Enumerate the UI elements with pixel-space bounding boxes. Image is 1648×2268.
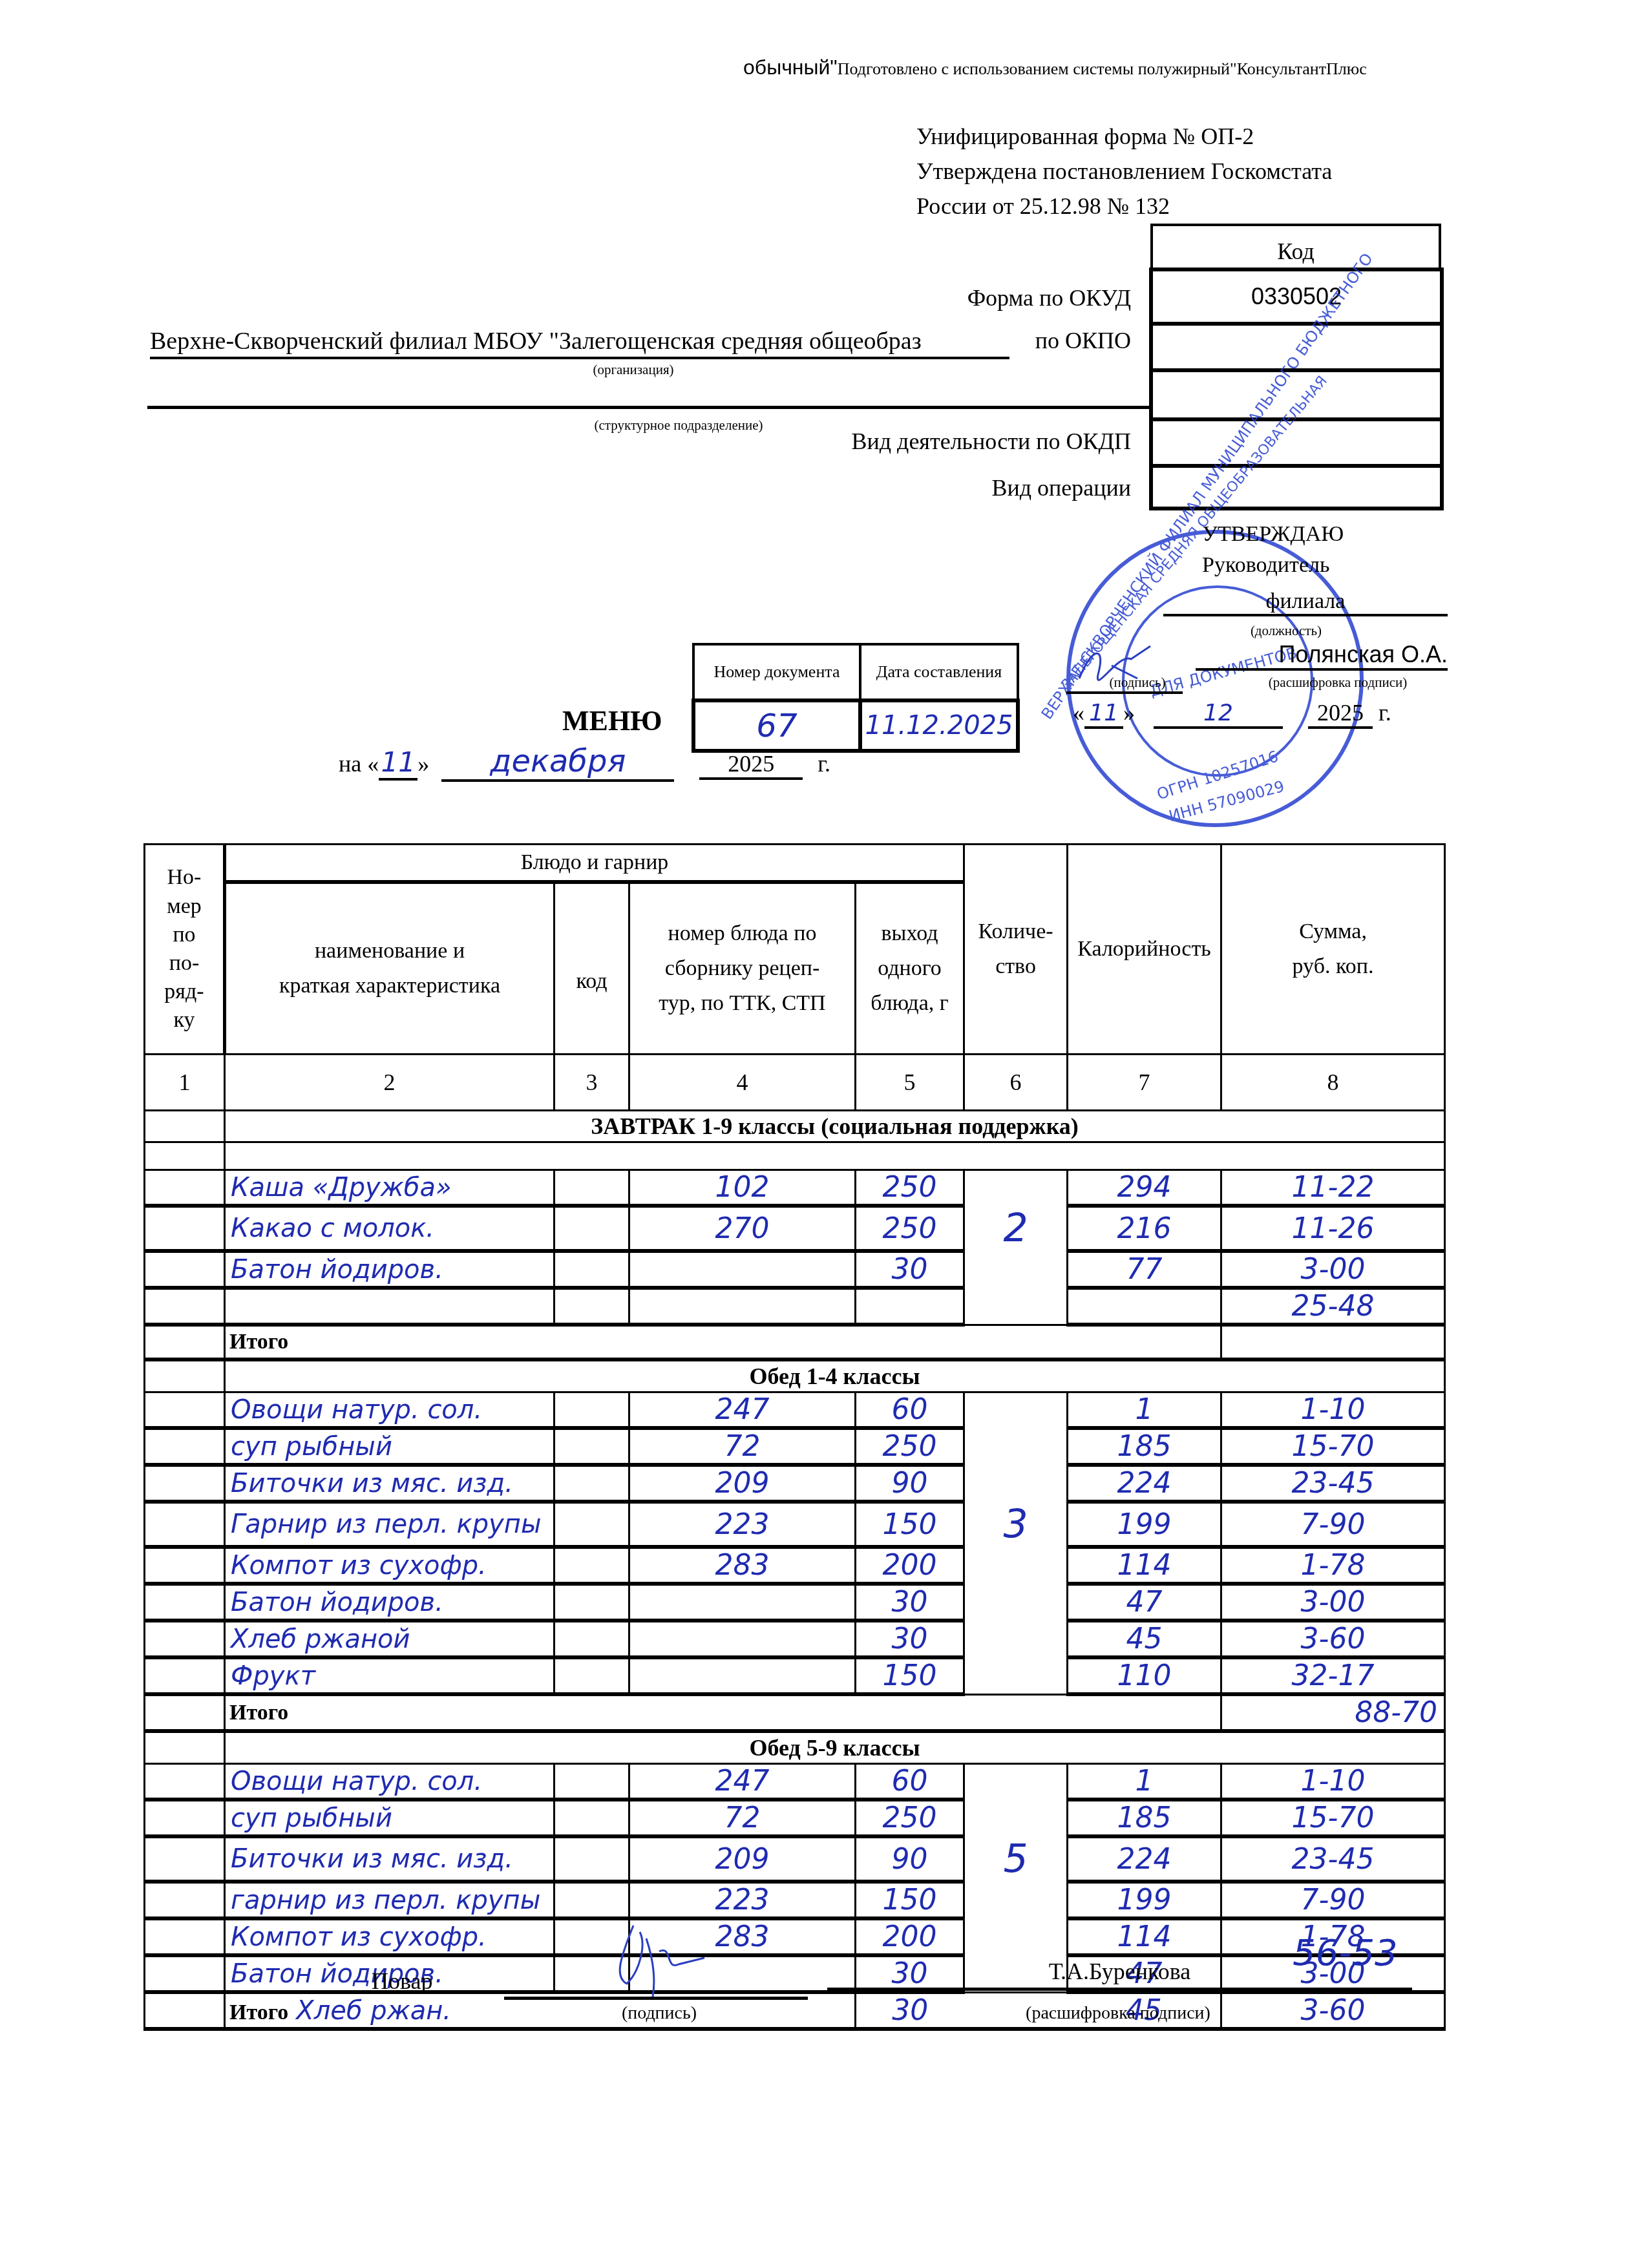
col-header-code: код [555,882,629,1054]
column-number: 2 [225,1055,555,1111]
position-caption: (должность) [1221,623,1351,639]
menu-item-row: Каша «Дружба»10225029411-22 [145,1170,1445,1206]
portion-yield[interactable]: 150 [856,1882,964,1918]
section-header-row: Обед 5-9 классы [145,1731,1445,1764]
dish-name[interactable]: Каша «Дружба» [225,1170,555,1206]
menu-item-row: Какао с молок.270250221611-26 [145,1206,1445,1251]
menu-item-row: гарнир из перл. крупы2231501997-90 [145,1882,1445,1918]
recipe-number[interactable] [629,1584,856,1621]
quote-close: » [1123,700,1135,726]
portion-yield[interactable] [856,1288,964,1325]
sum[interactable]: 15-70 [1221,1800,1445,1836]
approver-name[interactable]: Полянская О.А. [1196,641,1448,671]
form-title-line-3: России от 25.12.98 № 132 [916,193,1170,220]
menu-item-row: Хлеб ржаной30453-60 [145,1621,1445,1657]
column-number: 1 [145,1055,225,1111]
menu-day[interactable]: 11 [379,746,417,781]
dish-code[interactable] [555,1206,629,1251]
recipe-number[interactable]: 72 [629,1428,856,1465]
calories[interactable]: 224 [1068,1465,1221,1502]
section-total[interactable]: 88-70 [1221,1694,1445,1731]
dish-code[interactable] [555,1836,629,1882]
quantity[interactable] [964,1621,1068,1657]
menu-item-row: Фрукт15011032-17 [145,1657,1445,1694]
signature-caption: (подпись) [1092,675,1183,691]
row-number-cell[interactable] [145,1251,225,1288]
menu-item-row: Батон йодиров.30473-00 [145,1584,1445,1621]
sum[interactable]: 1-78 [1221,1547,1445,1584]
calories[interactable]: 45 [1068,1621,1221,1657]
operation-label: Вид операции [991,474,1131,501]
portion-yield[interactable]: 60 [856,1392,964,1429]
col-header-sum: Сумма, руб. коп. [1221,845,1445,1055]
quantity[interactable] [964,1584,1068,1621]
okud-label: Форма по ОКУД [967,284,1131,311]
recipe-number[interactable]: 209 [629,1836,856,1882]
menu-year-suffix: г. [818,751,830,777]
row-number-cell[interactable] [145,1882,225,1918]
dish-name[interactable]: Какао с молок. [225,1206,555,1251]
recipe-number[interactable]: 270 [629,1206,856,1251]
quantity[interactable]: 5 [964,1836,1068,1882]
recipe-number[interactable] [629,1251,856,1288]
quantity[interactable] [964,1764,1068,1800]
dish-name[interactable]: Овощи натур. сол. [225,1392,555,1429]
portion-yield[interactable]: 250 [856,1170,964,1206]
recipe-number[interactable]: 247 [629,1764,856,1800]
dish-name[interactable]: гарнир из перл. крупы [225,1882,555,1918]
row-number-cell[interactable] [145,1800,225,1836]
quantity[interactable] [964,1251,1068,1288]
dish-code[interactable] [555,1288,629,1325]
organization-name[interactable]: Верхне-Скворченский филиал МБОУ "Залегощ… [150,327,1009,359]
calories[interactable]: 47 [1068,1584,1221,1621]
recipe-number[interactable]: 72 [629,1800,856,1836]
calories[interactable]: 114 [1068,1547,1221,1584]
menu-date-prefix: на « [339,751,379,777]
dish-code[interactable] [555,1800,629,1836]
okdp-code[interactable] [1153,421,1440,468]
dish-code[interactable] [555,1251,629,1288]
portion-yield[interactable]: 30 [856,1584,964,1621]
menu-table: Но- мер по по- ряд- ку Блюдо и гарнир Ко… [143,843,1446,2031]
portion-yield[interactable]: 60 [856,1764,964,1800]
sum[interactable]: 11-22 [1221,1170,1445,1206]
row-number-cell[interactable] [145,1502,225,1547]
quantity[interactable] [964,1465,1068,1502]
row-number-cell [145,1992,225,2029]
column-number: 3 [555,1055,629,1111]
dish-code[interactable] [555,1502,629,1547]
approve-day[interactable]: 11 [1084,700,1123,729]
form-title-line-2: Утверждена постановлением Госкомстата [916,158,1332,185]
empty-cell [225,1142,1445,1170]
total-row: Итого88-70 [145,1694,1445,1731]
empty-row [145,1142,1445,1170]
note-text: Подготовлено с использованием системы по… [838,59,1367,78]
calories[interactable]: 294 [1068,1170,1221,1206]
total-label: Итого [229,2000,288,2024]
row-number-cell[interactable] [145,1584,225,1621]
row-number-cell[interactable] [145,1621,225,1657]
row-number-cell[interactable] [145,1428,225,1465]
dish-code[interactable] [555,1584,629,1621]
code-column-title: Код [1150,224,1441,269]
dish-code[interactable] [555,1465,629,1502]
dish-name[interactable]: Овощи натур. сол. [225,1764,555,1800]
row-number-cell[interactable] [145,1547,225,1584]
calories[interactable]: 216 [1068,1206,1221,1251]
doc-date-label: Дата составления [860,644,1018,700]
quantity[interactable] [964,1800,1068,1836]
sum[interactable]: 23-45 [1221,1465,1445,1502]
recipe-number[interactable]: 223 [629,1502,856,1547]
section-total[interactable] [1221,1325,1445,1360]
sum[interactable]: 3-00 [1221,1251,1445,1288]
col-header-group: Блюдо и гарнир [225,845,964,883]
calories[interactable]: 199 [1068,1882,1221,1918]
portion-yield[interactable]: 150 [856,1502,964,1547]
recipe-number[interactable]: 283 [629,1547,856,1584]
row-number-cell[interactable] [145,1836,225,1882]
quantity[interactable] [964,1918,1068,1955]
recipe-number[interactable]: 223 [629,1882,856,1918]
portion-yield[interactable]: 250 [856,1428,964,1465]
column-number: 8 [1221,1055,1445,1111]
dish-code[interactable] [555,1170,629,1206]
dish-name[interactable]: Биточки из мяс. изд. [225,1836,555,1882]
dish-code[interactable] [555,1882,629,1918]
note-prefix: обычный" [743,56,838,79]
calories[interactable]: 1 [1068,1392,1221,1429]
okpo-label: по ОКПО [1035,327,1131,354]
okud-code: 0330502 [1153,271,1440,326]
sum[interactable]: 23-45 [1221,1836,1445,1882]
quantity[interactable] [964,1428,1068,1465]
portion-yield[interactable]: 30 [856,1992,964,2029]
section-title: ЗАВТРАК 1-9 классы (социальная поддержка… [225,1111,1445,1142]
row-number-cell[interactable] [145,1288,225,1325]
sum[interactable]: 3-00 [1221,1584,1445,1621]
section-header-row: Обед 1-4 классы [145,1360,1445,1392]
dish-code[interactable] [555,1428,629,1465]
total-row: Итого [145,1325,1445,1360]
portion-yield[interactable]: 200 [856,1547,964,1584]
portion-yield[interactable]: 150 [856,1657,964,1694]
row-number-cell[interactable] [145,1955,225,1992]
dish-name[interactable]: Компот из сухофр. [225,1547,555,1584]
dish-name[interactable]: Биточки из мяс. изд. [225,1465,555,1502]
col-header-yield: выход одного блюда, г [856,882,964,1054]
section-title: Обед 5-9 классы [225,1731,1445,1764]
sum[interactable]: 1-10 [1221,1764,1445,1800]
total-label: Итого [225,1694,1221,1731]
menu-item-row: Овощи натур. сол.2476011-10 [145,1764,1445,1800]
column-number: 7 [1068,1055,1221,1111]
calories[interactable]: 114 [1068,1918,1221,1955]
doc-number-label: Номер документа [693,644,860,700]
dish-code[interactable] [555,1547,629,1584]
recipe-number[interactable]: 247 [629,1392,856,1429]
quantity[interactable] [964,1882,1068,1918]
portion-yield[interactable]: 30 [856,1621,964,1657]
consultant-note: обычный"Подготовлено с использованием си… [743,56,1367,79]
dish-code[interactable] [555,1657,629,1694]
portion-yield[interactable]: 90 [856,1465,964,1502]
sum[interactable]: 7-90 [1221,1502,1445,1547]
division-caption: (структурное подразделение) [556,417,801,434]
quantity[interactable] [964,1288,1068,1325]
menu-date-mid: » [417,751,429,777]
menu-item-row: 25-48 [145,1288,1445,1325]
dish-name[interactable]: Батон йодиров. [225,1251,555,1288]
menu-item-row: Компот из сухофр.2832001141-78 [145,1547,1445,1584]
calories[interactable]: 1 [1068,1764,1221,1800]
recipe-number[interactable] [629,1288,856,1325]
dish-name[interactable]: Гарнир из перл. крупы [225,1502,555,1547]
approve-month[interactable]: 12 [1154,700,1283,729]
approve-position-2[interactable]: филиала [1163,589,1448,616]
quantity[interactable] [964,1392,1068,1429]
column-number: 6 [964,1055,1068,1111]
organization-caption: (организация) [504,362,763,378]
row-number-cell[interactable] [145,1764,225,1800]
row-number-cell [145,1694,225,1731]
sum[interactable]: 7-90 [1221,1882,1445,1918]
menu-year[interactable]: 2025 [699,750,803,780]
cook-signature-icon [595,1919,750,2003]
row-number-cell [145,1360,225,1392]
row-number-cell[interactable] [145,1918,225,1955]
calories[interactable] [1068,1288,1221,1325]
quantity[interactable] [964,1170,1068,1206]
quantity[interactable] [964,1547,1068,1584]
dish-name[interactable]: Компот из сухофр. [225,1918,555,1955]
approve-year-suffix: г. [1379,700,1391,726]
menu-item-row: Батон йодиров.30773-00 [145,1251,1445,1288]
portion-yield[interactable]: 30 [856,1251,964,1288]
calories[interactable]: 77 [1068,1251,1221,1288]
row-number-cell [145,1731,225,1764]
menu-title: МЕНЮ [562,704,662,737]
sum[interactable]: 25-48 [1221,1288,1445,1325]
approve-position-1: Руководитель [1202,553,1329,578]
col-header-kcal: Калорийность [1068,845,1221,1055]
row-number-cell [145,1325,225,1360]
dish-name[interactable]: суп рыбный [225,1800,555,1836]
row-number-cell[interactable] [145,1206,225,1251]
cook-label: Повар [372,1968,433,1995]
row-number-cell[interactable] [145,1170,225,1206]
total-label: Итого [225,1325,1221,1360]
menu-item-row: Биточки из мяс. изд.20990522423-45 [145,1836,1445,1882]
menu-item-row: суп рыбный7225018515-70 [145,1428,1445,1465]
row-number-cell [145,1111,225,1142]
calories[interactable]: 185 [1068,1800,1221,1836]
approve-year[interactable]: 2025 [1308,699,1373,729]
row-number-cell [145,1142,225,1170]
menu-month[interactable]: декабря [441,743,674,782]
okdp-label: Вид деятельности по ОКДП [851,428,1131,455]
recipe-number[interactable]: 209 [629,1465,856,1502]
recipe-number[interactable] [629,1657,856,1694]
document-id-box: Номер документа Дата составления 67 11.1… [692,643,1020,753]
dish-name[interactable]: Хлеб ржан. [296,1996,451,2026]
dish-name[interactable]: Фрукт [225,1657,555,1694]
row-number-cell[interactable] [145,1657,225,1694]
row-number-cell[interactable] [145,1392,225,1429]
menu-date-line: на «11» декабря 2025 г. [339,743,830,782]
portion-yield[interactable]: 200 [856,1918,964,1955]
approve-date: «11» 12 2025 г. [1073,699,1391,729]
dish-code[interactable] [555,1764,629,1800]
portion-yield[interactable]: 250 [856,1206,964,1251]
quantity[interactable]: 2 [964,1206,1068,1251]
calories[interactable]: 110 [1068,1657,1221,1694]
lunch-5-9-total[interactable]: 56-53 [1293,1932,1398,1974]
calories[interactable]: 224 [1068,1836,1221,1882]
quantity[interactable] [964,1657,1068,1694]
quantity[interactable]: 3 [964,1502,1068,1547]
dish-code[interactable] [555,1392,629,1429]
name-caption: (расшифровка подписи) [1228,675,1448,691]
menu-item-row: Овощи натур. сол.2476011-10 [145,1392,1445,1429]
section-header-row: ЗАВТРАК 1-9 классы (социальная поддержка… [145,1111,1445,1142]
menu-item-row: суп рыбный7225018515-70 [145,1800,1445,1836]
recipe-number[interactable] [629,1621,856,1657]
dish-name[interactable]: суп рыбный [225,1428,555,1465]
doc-date[interactable]: 11.12.2025 [860,700,1018,751]
sum[interactable]: 3-60 [1221,1621,1445,1657]
sum[interactable]: 15-70 [1221,1428,1445,1465]
column-number: 4 [629,1055,856,1111]
portion-yield[interactable]: 90 [856,1836,964,1882]
column-numbers-row: 12345678 [145,1055,1445,1111]
sum[interactable]: 3-60 [1221,1992,1445,2029]
calories[interactable]: 185 [1068,1428,1221,1465]
cook-signature-caption: (подпись) [601,2003,717,2024]
portion-yield[interactable]: 250 [856,1800,964,1836]
dish-name[interactable]: Батон йодиров. [225,1584,555,1621]
division-field[interactable] [147,406,1149,409]
menu-item-row: Компот из сухофр.2832001141-78 [145,1918,1445,1955]
menu-item-row: Гарнир из перл. крупы22315031997-90 [145,1502,1445,1547]
menu-item-row: Биточки из мяс. изд.2099022423-45 [145,1465,1445,1502]
recipe-number[interactable]: 102 [629,1170,856,1206]
row-number-cell[interactable] [145,1465,225,1502]
column-number: 5 [856,1055,964,1111]
quote-open: « [1073,700,1084,726]
sum[interactable]: 32-17 [1221,1657,1445,1694]
section-title: Обед 1-4 классы [225,1360,1445,1392]
col-header-recipe: номер блюда по сборнику рецеп- тур, по Т… [629,882,856,1054]
dish-name[interactable] [225,1288,555,1325]
approve-title: УТВЕРЖДАЮ [1202,522,1344,547]
cook-name-caption: (расшифровка подписи) [995,2003,1241,2024]
col-header-name: наименование и краткая характеристика [225,882,555,1054]
calories[interactable]: 199 [1068,1502,1221,1547]
col-header-qty: Количе- ство [964,845,1068,1055]
sum[interactable]: 1-10 [1221,1392,1445,1429]
cook-signature-field[interactable] [504,1984,808,2000]
dish-name[interactable]: Хлеб ржаной [225,1621,555,1657]
form-title-line-1: Унифицированная форма № ОП-2 [916,123,1254,150]
sum[interactable]: 11-26 [1221,1206,1445,1251]
col-header-number: Но- мер по по- ряд- ку [145,845,225,1055]
codes-box: 0330502 [1149,268,1444,510]
dish-code[interactable] [555,1621,629,1657]
